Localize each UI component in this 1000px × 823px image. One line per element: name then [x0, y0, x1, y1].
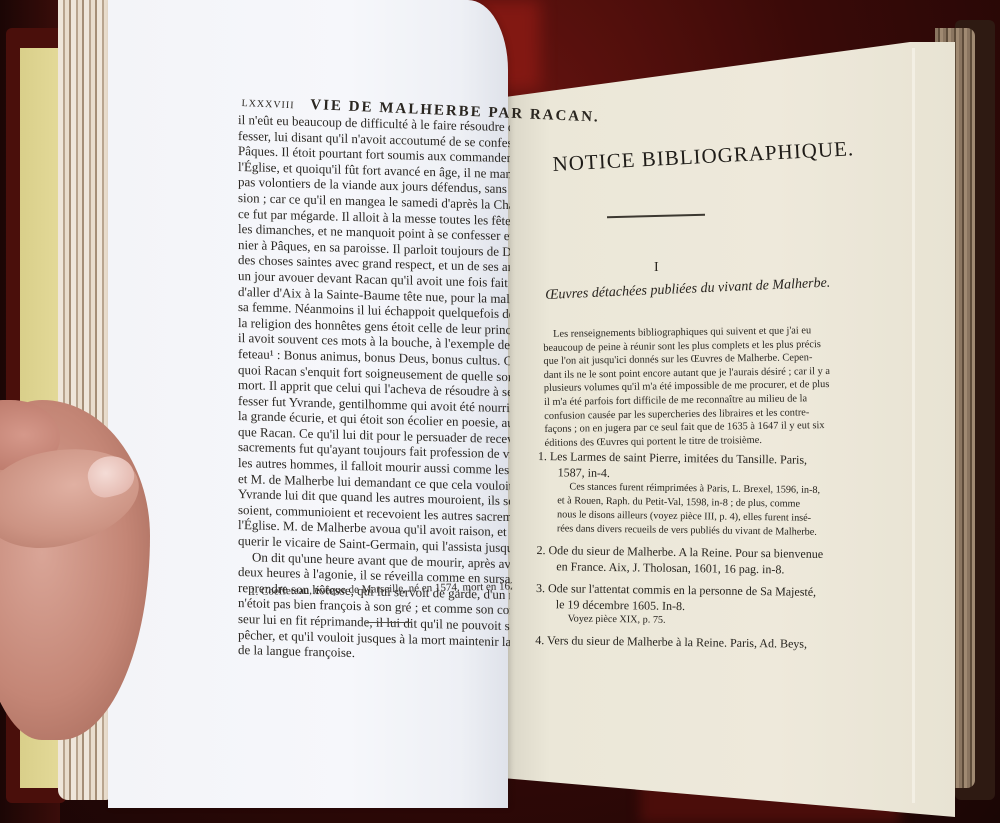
page-folio: LXXXVIII: [241, 98, 294, 111]
bibliography-entry: 3. Ode sur l'attentat commis en la perso…: [536, 580, 837, 630]
intro-paragraph: Les renseignements bibliographiques qui …: [543, 324, 837, 450]
entry-line: 4. Vers du sieur de Malherbe à la Reine.…: [535, 632, 835, 652]
section-number: I: [654, 260, 659, 276]
footnote-rule: [366, 622, 412, 623]
bibliography-entry: 1. Les Larmes de saint Pierre, imitées d…: [537, 448, 838, 540]
entry-note: rées dans divers recueils de vers publié…: [537, 522, 837, 540]
bibliography-list: 1. Les Larmes de saint Pierre, imitées d…: [535, 448, 838, 658]
entry-note: Voyez pièce XIX, p. 75.: [536, 612, 836, 630]
bibliography-entry: 2. Ode du sieur de Malherbe. A la Reine.…: [536, 542, 836, 578]
bibliography-entry: 4. Vers du sieur de Malherbe à la Reine.…: [535, 632, 835, 652]
right-page-edge: [912, 48, 915, 803]
